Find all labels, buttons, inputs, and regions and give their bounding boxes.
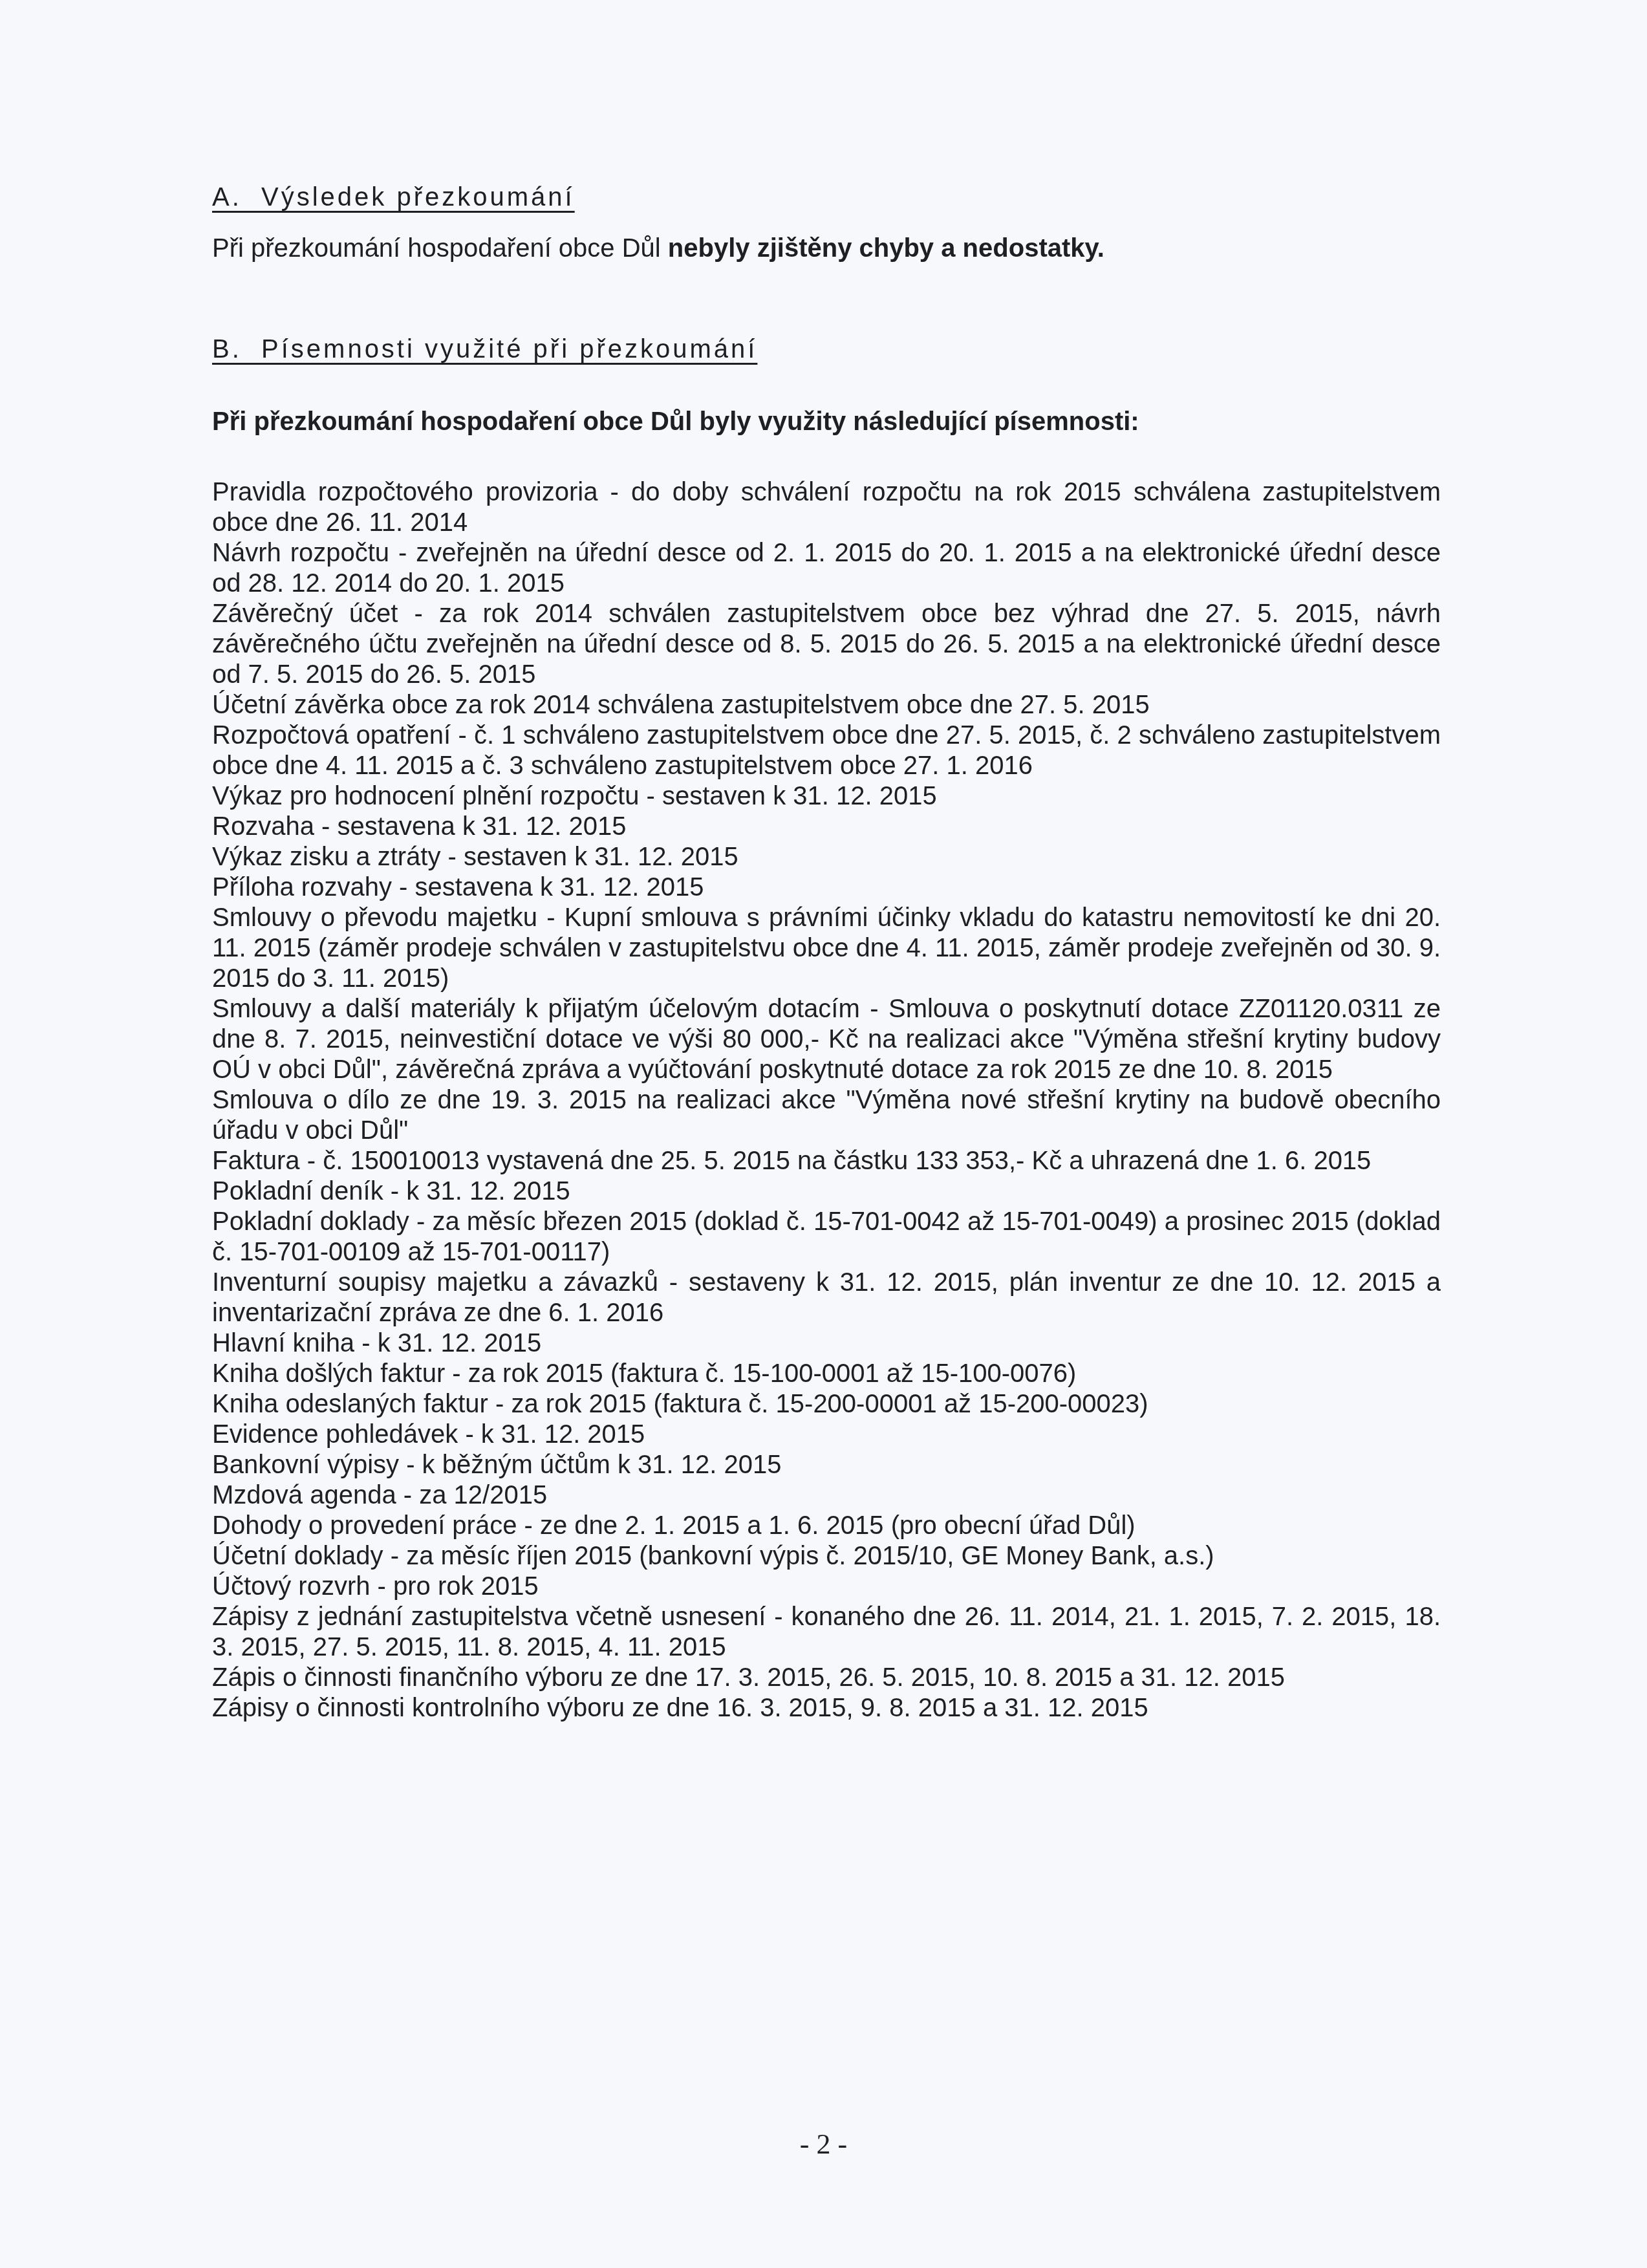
section-b-heading: B. Písemnosti využité při přezkoumání	[212, 335, 757, 364]
list-item: Pokladní doklady - za měsíc březen 2015 …	[212, 1207, 1441, 1268]
list-item: Rozvaha - sestavena k 31. 12. 2015	[212, 812, 1441, 842]
documents-list: Pravidla rozpočtového provizoria - do do…	[212, 477, 1441, 1723]
list-item: Zápisy z jednání zastupitelstva včetně u…	[212, 1602, 1441, 1663]
list-item: Pokladní deník - k 31. 12. 2015	[212, 1176, 1441, 1207]
section-a-heading: A. Výsledek přezkoumání	[212, 183, 575, 212]
list-item: Výkaz pro hodnocení plnění rozpočtu - se…	[212, 781, 1441, 812]
list-item: Návrh rozpočtu - zveřejněn na úřední des…	[212, 538, 1441, 599]
list-item: Pravidla rozpočtového provizoria - do do…	[212, 477, 1441, 538]
list-item: Zápisy o činnosti kontrolního výboru ze …	[212, 1693, 1441, 1723]
review-result-text: Při přezkoumání hospodaření obce Důl	[212, 234, 668, 263]
list-item: Závěrečný účet - za rok 2014 schválen za…	[212, 599, 1441, 690]
list-item: Smlouvy o převodu majetku - Kupní smlouv…	[212, 903, 1441, 994]
list-item: Kniha odeslaných faktur - za rok 2015 (f…	[212, 1389, 1441, 1420]
list-item: Výkaz zisku a ztráty - sestaven k 31. 12…	[212, 842, 1441, 872]
documents-intro: Při přezkoumání hospodaření obce Důl byl…	[212, 407, 1139, 437]
list-item: Účetní doklady - za měsíc říjen 2015 (ba…	[212, 1541, 1441, 1571]
list-item: Smlouvy a další materiály k přijatým úče…	[212, 994, 1441, 1085]
list-item: Bankovní výpisy - k běžným účtům k 31. 1…	[212, 1450, 1441, 1480]
list-item: Hlavní kniha - k 31. 12. 2015	[212, 1328, 1441, 1359]
review-result: Při přezkoumání hospodaření obce Důl neb…	[212, 234, 1104, 263]
list-item: Smlouva o dílo ze dne 19. 3. 2015 na rea…	[212, 1085, 1441, 1146]
list-item: Evidence pohledávek - k 31. 12. 2015	[212, 1420, 1441, 1450]
list-item: Příloha rozvahy - sestavena k 31. 12. 20…	[212, 872, 1441, 903]
list-item: Zápis o činnosti finančního výboru ze dn…	[212, 1663, 1441, 1693]
list-item: Mzdová agenda - za 12/2015	[212, 1480, 1441, 1511]
list-item: Účtový rozvrh - pro rok 2015	[212, 1571, 1441, 1602]
review-result-conclusion: nebyly zjištěny chyby a nedostatky.	[668, 234, 1104, 263]
page-number: - 2 -	[0, 2128, 1647, 2161]
list-item: Dohody o provedení práce - ze dne 2. 1. …	[212, 1511, 1441, 1541]
list-item: Rozpočtová opatření - č. 1 schváleno zas…	[212, 720, 1441, 781]
list-item: Faktura - č. 150010013 vystavená dne 25.…	[212, 1146, 1441, 1176]
list-item: Účetní závěrka obce za rok 2014 schválen…	[212, 690, 1441, 720]
list-item: Inventurní soupisy majetku a závazků - s…	[212, 1268, 1441, 1328]
list-item: Kniha došlých faktur - za rok 2015 (fakt…	[212, 1359, 1441, 1389]
